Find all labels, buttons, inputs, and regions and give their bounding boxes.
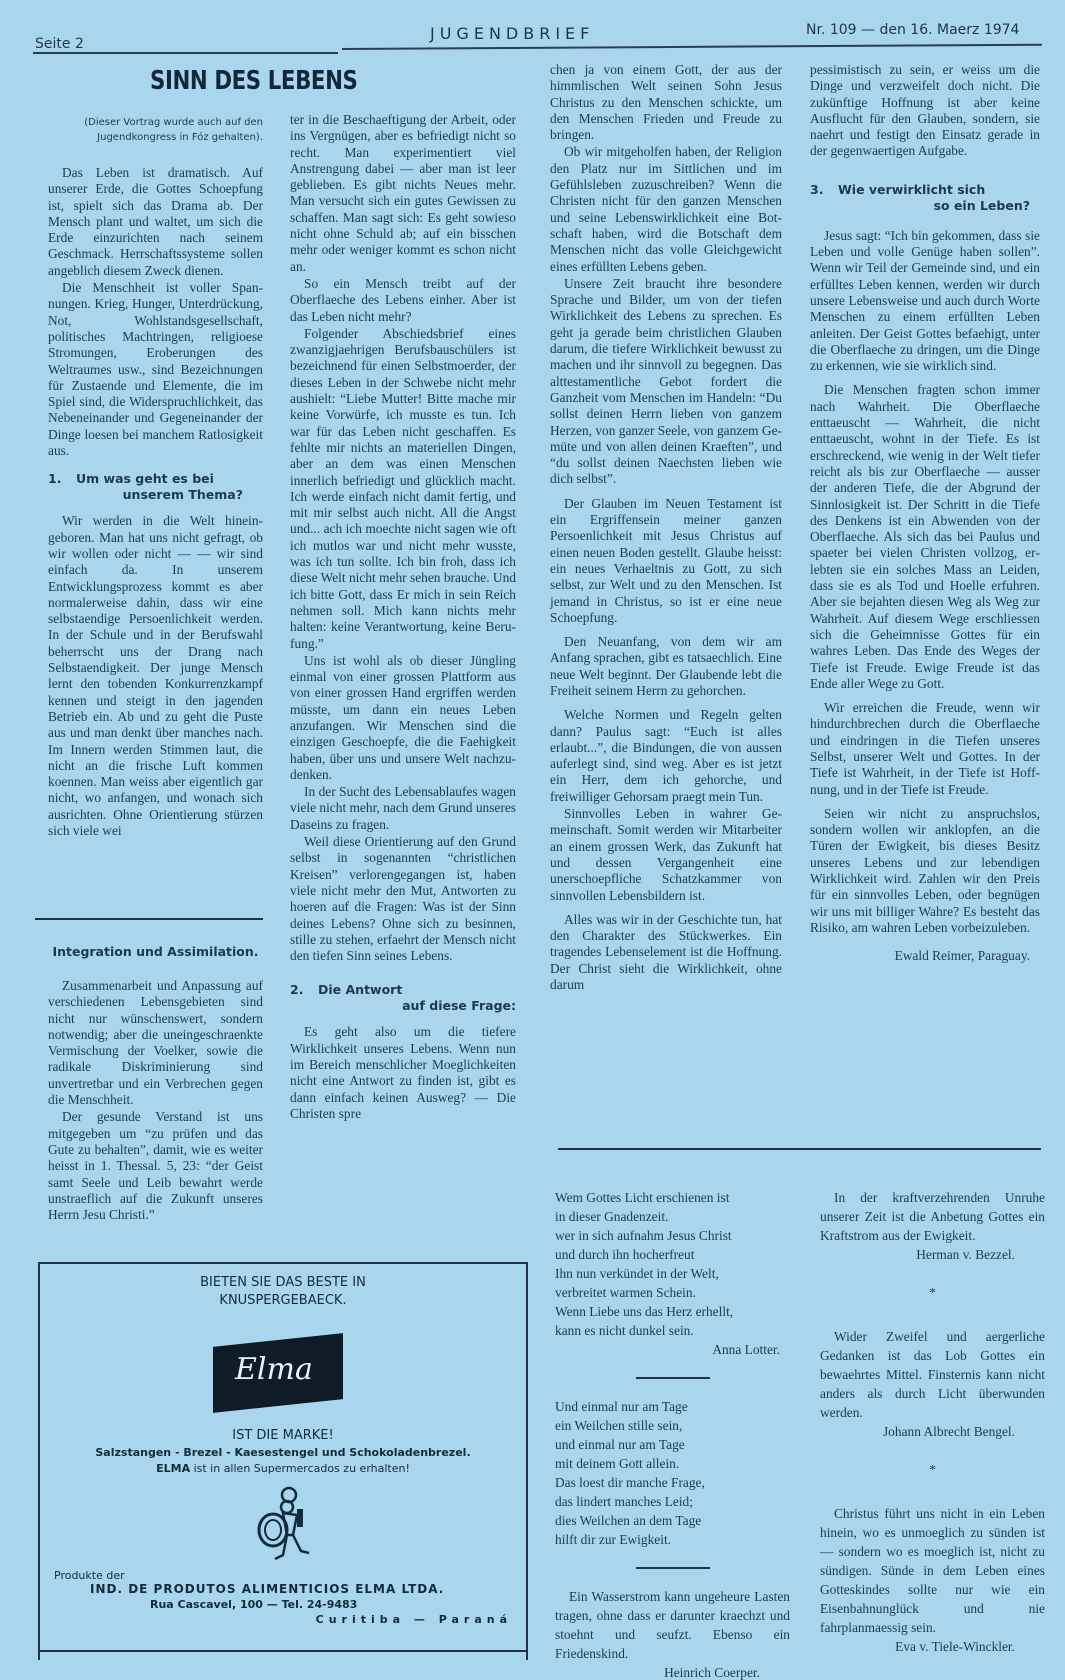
section-title-line1: Um was geht es bei	[76, 471, 214, 486]
poem-author: Anna Lotter.	[555, 1340, 790, 1359]
ad-address: Rua Cascavel, 100 — Tel. 24-9483	[150, 1598, 526, 1611]
paragraph: Den Neuanfang, von dem wir am Anfang spr…	[550, 634, 782, 699]
paragraph: Alles was wir in der Geschichte tun, hat…	[550, 912, 782, 993]
poem-line: in dieser Gnadenzeit.	[555, 1207, 790, 1226]
section-title-line2: auf diese Frage:	[290, 998, 516, 1014]
ad-availability-text: ist in allen Supermercados zu erhalten!	[190, 1462, 410, 1475]
ad-headline: BIETEN SIE DAS BESTE IN KNUSPERGEBAECK.	[40, 1274, 526, 1310]
article-author: Ewald Reimer, Paraguay.	[810, 948, 1040, 964]
quote-bengel: Wider Zweifel und aergerliche Gedanken i…	[820, 1327, 1045, 1441]
paragraph: Das Leben ist dramatisch. Auf unserer Er…	[48, 165, 263, 279]
section-number: 1.	[48, 471, 76, 487]
ad-products-of: Produkte der	[54, 1569, 526, 1582]
poem-2: Und einmal nur am Tage ein Weilchen stil…	[555, 1397, 790, 1549]
paragraph: ter in die Beschaeftigung der Ar­beit, o…	[290, 112, 516, 275]
paragraph: Der Glauben im Neuen Testa­ment ist ein …	[550, 496, 782, 626]
paragraph: Die Menschen fragten schon im­mer nach W…	[810, 382, 1040, 692]
ad-city: Curitiba — Paraná	[40, 1613, 512, 1626]
quote-text: Christus führt uns nicht in ein Leben hi…	[820, 1504, 1045, 1637]
poem-line: dies Weilchen an dem Tage	[555, 1511, 790, 1530]
quote-coerper: Ein Wasserstrom kann ungeheu­re Lasten t…	[555, 1587, 790, 1680]
page-number: Seite 2	[35, 36, 84, 52]
section-2-heading: 2.Die Antwort auf diese Frage:	[290, 982, 516, 1014]
poem-line: Das loest dir manche Frage,	[555, 1473, 790, 1492]
ad-products: Salzstangen - Brezel - Kaesestengel und …	[40, 1446, 526, 1459]
baker-mascot-icon	[253, 1485, 313, 1565]
article-title: SINN DES LEBENS	[150, 66, 357, 96]
section-title-line1: Die Antwort	[318, 982, 402, 997]
divider	[558, 1148, 1041, 1150]
elma-logo: Elma	[213, 1340, 353, 1410]
logo-text: Elma	[235, 1352, 313, 1387]
column-3: chen ja von einem Gott, der aus der himm…	[550, 62, 782, 993]
poem-line: wer in sich aufnahm Jesus Christ	[555, 1226, 790, 1245]
paragraph: Ob wir mitgeholfen haben, der Religion d…	[550, 144, 782, 274]
paragraph: Jesus sagt: “Ich bin gekommen, dass sie …	[810, 228, 1040, 375]
section-1-heading: 1.Um was geht es bei unserem Thema?	[48, 471, 263, 503]
section-number: 3.	[810, 182, 838, 198]
poem-line: und einmal nur am Tage	[555, 1435, 790, 1454]
quote-author: Johann Albrecht Bengel.	[820, 1422, 1045, 1441]
quotes-column-right: In der kraftverzehrenden Unruhe unserer …	[820, 1188, 1045, 1656]
ad-headline-line2: KNUSPERGEBAECK.	[40, 1292, 526, 1310]
poem-line: Wem Gottes Licht erschienen ist	[555, 1188, 790, 1207]
quote-text: Wider Zweifel und aergerliche Gedanken i…	[820, 1327, 1045, 1422]
quote-text: In der kraftverzehrenden Unruhe unserer …	[820, 1188, 1045, 1245]
ad-tagline: IST DIE MARKE!	[40, 1428, 526, 1443]
poem-line: kann es nicht dunkel sein.	[555, 1321, 790, 1340]
section-title-line2: unserem Thema?	[48, 487, 263, 503]
paragraph: Sinnvolles Leben in wahrer Ge­meinschaft…	[550, 806, 782, 904]
column-1: Das Leben ist dramatisch. Auf unserer Er…	[48, 165, 263, 839]
paragraph: So ein Mensch treibt auf der Oberflaeche…	[290, 276, 516, 325]
quote-bezzel: In der kraftverzehrenden Unruhe unserer …	[820, 1188, 1045, 1264]
poem-line: Wenn Liebe uns das Herz erhellt,	[555, 1302, 790, 1321]
quote-text: Ein Wasserstrom kann ungeheu­re Lasten t…	[555, 1587, 790, 1663]
poem-line: mit deinem Gott allein.	[555, 1454, 790, 1473]
article-note: (Dieser Vortrag wurde auch auf den Jugen…	[48, 115, 263, 145]
paragraph: Folgender Abschiedsbrief eines zwanzigja…	[290, 326, 516, 652]
ad-headline-line1: BIETEN SIE DAS BESTE IN	[40, 1274, 526, 1292]
section-3-heading: 3.Wie verwirklicht sich so ein Leben?	[810, 182, 1040, 214]
quote-tiele-winckler: Christus führt uns nicht in ein Leben hi…	[820, 1504, 1045, 1656]
quote-author: Heinrich Coerper.	[555, 1663, 790, 1680]
paragraph: pessimistisch zu sein, er weiss um die D…	[810, 62, 1040, 160]
poem-line: und durch ihn hocherfreut	[555, 1245, 790, 1264]
poem-1: Wem Gottes Licht erschienen ist in diese…	[555, 1188, 790, 1359]
section-title-line1: Wie verwirklicht sich	[838, 182, 985, 197]
column-4: pessimistisch zu sein, er weiss um die D…	[810, 62, 1040, 965]
newspaper-page: Seite 2 JUGENDBRIEF Nr. 109 — den 16. Ma…	[0, 0, 1065, 1680]
paragraph: Unsere Zeit braucht ihre beson­dere Spra…	[550, 276, 782, 488]
section-title-line2: so ein Leben?	[810, 198, 1040, 214]
poem-line: hilft dir zur Ewigkeit.	[555, 1530, 790, 1549]
paragraph: Wir erreichen die Freude, wenn wir hindu…	[810, 700, 1040, 798]
quote-author: Herman v. Bezzel.	[820, 1245, 1045, 1264]
column-2: ter in die Beschaeftigung der Ar­beit, o…	[290, 112, 516, 1122]
ad-bottom-rule	[38, 1650, 528, 1652]
poem-line: ein Weilchen stille sein,	[555, 1416, 790, 1435]
poem-line: verbreitet warmen Schein.	[555, 1283, 790, 1302]
paragraph: Wir werden in die Welt hinein­geboren. M…	[48, 513, 263, 839]
poem-line: Ihn nun verkündet in der Welt,	[555, 1264, 790, 1283]
quote-author: Eva v. Tiele-Winckler.	[820, 1637, 1045, 1656]
header-rule-right	[342, 44, 1042, 50]
divider	[35, 918, 263, 920]
header-rule-left	[33, 52, 338, 54]
star-separator: *	[820, 1461, 1045, 1480]
integration-heading: Integration und Assimilation.	[48, 944, 263, 960]
paragraph: Weil diese Orientierung auf den Grund se…	[290, 834, 516, 964]
poem-line: Und einmal nur am Tage	[555, 1397, 790, 1416]
issue-info: Nr. 109 — den 16. Maerz 1974	[806, 22, 1019, 38]
elma-advertisement: BIETEN SIE DAS BESTE IN KNUSPERGEBAECK. …	[38, 1262, 528, 1660]
star-separator: *	[820, 1284, 1045, 1303]
paragraph: Uns ist wohl als ob dieser Jüng­ling ein…	[290, 653, 516, 783]
paragraph: chen ja von einem Gott, der aus der himm…	[550, 62, 782, 143]
section-number: 2.	[290, 982, 318, 998]
paragraph: Es geht also um die tiefere Wirklichkeit…	[290, 1024, 516, 1122]
ad-availability: ELMA ist in allen Supermercados zu erhal…	[40, 1462, 526, 1475]
paragraph: Der gesunde Verstand ist uns mitgegeben …	[48, 1109, 263, 1223]
divider	[636, 1567, 710, 1569]
divider	[636, 1377, 710, 1379]
integration-section: Integration und Assimilation. Zusammenar…	[48, 944, 263, 1223]
publication-title: JUGENDBRIEF	[430, 24, 594, 43]
ad-brand: ELMA	[156, 1462, 190, 1475]
paragraph: Seien wir nicht zu anspruchslos, sondern…	[810, 806, 1040, 936]
paragraph: In der Sucht des Lebensablaufes wagen vi…	[290, 784, 516, 833]
poem-line: das lindert manches Leid;	[555, 1492, 790, 1511]
ad-company: IND. DE PRODUTOS ALIMENTICIOS ELMA LTDA.	[90, 1582, 526, 1596]
poems-column-left: Wem Gottes Licht erschienen ist in diese…	[555, 1188, 790, 1680]
paragraph: Welche Normen und Regeln gel­ten dann? P…	[550, 707, 782, 805]
paragraph: Die Menschheit ist voller Span­nungen. K…	[48, 280, 263, 459]
paragraph: Zusammenarbeit und Anpassung auf verschi…	[48, 978, 263, 1108]
